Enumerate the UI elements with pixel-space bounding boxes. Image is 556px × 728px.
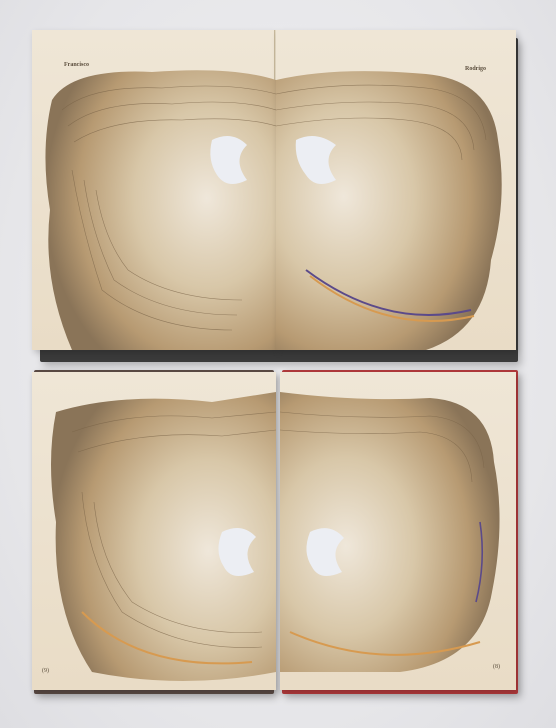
book-bottom-right: (8) [280, 372, 516, 690]
book-top-right: Rodrigo [276, 30, 516, 350]
carved-contours [32, 30, 276, 350]
carved-contours [280, 372, 516, 690]
book-bottom-left: (9) [32, 372, 276, 690]
carved-contours [32, 372, 276, 690]
carved-contours [276, 30, 516, 350]
book-sculpture: Francisco [32, 30, 520, 696]
book-top-left: Francisco [32, 30, 276, 350]
